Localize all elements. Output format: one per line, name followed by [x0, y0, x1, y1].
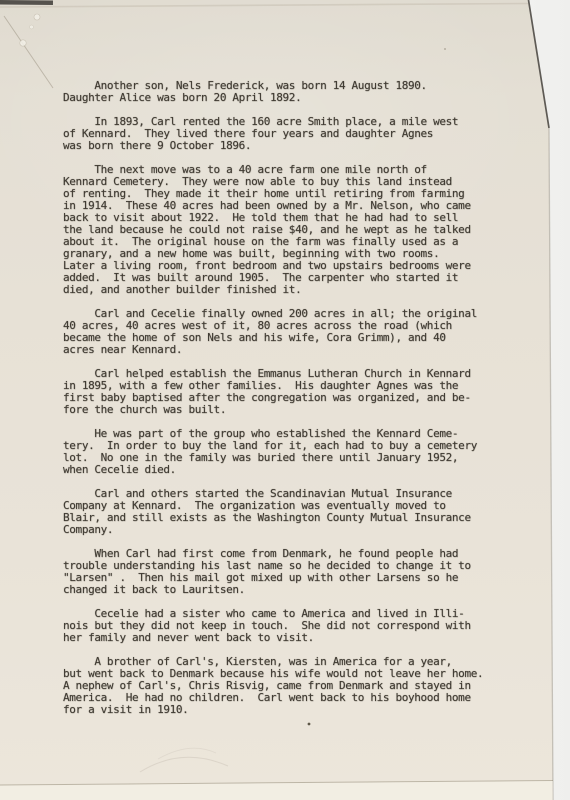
paragraph-2: In 1893, Carl rented the 160 acre Smith …: [63, 116, 523, 152]
paragraph-9: Cecelie had a sister who came to America…: [63, 608, 523, 644]
paragraph-1: Another son, Nels Frederick, was born 14…: [63, 80, 523, 104]
paragraph-4: Carl and Cecelie finally owned 200 acres…: [63, 308, 523, 356]
paragraph-8: When Carl had first come from Denmark, h…: [63, 548, 523, 596]
paragraph-5: Carl helped establish the Emmanus Luther…: [63, 368, 523, 416]
typewritten-text-block: Another son, Nels Frederick, was born 14…: [63, 80, 523, 728]
paragraph-6: He was part of the group who established…: [63, 428, 523, 476]
paragraph-10: A brother of Carl's, Kiersten, was in Am…: [63, 656, 523, 716]
paragraph-7: Carl and others started the Scandinavian…: [63, 488, 523, 536]
scanned-document-scene: Another son, Nels Frederick, was born 14…: [0, 0, 570, 800]
paragraph-3: The next move was to a 40 acre farm one …: [63, 164, 523, 296]
